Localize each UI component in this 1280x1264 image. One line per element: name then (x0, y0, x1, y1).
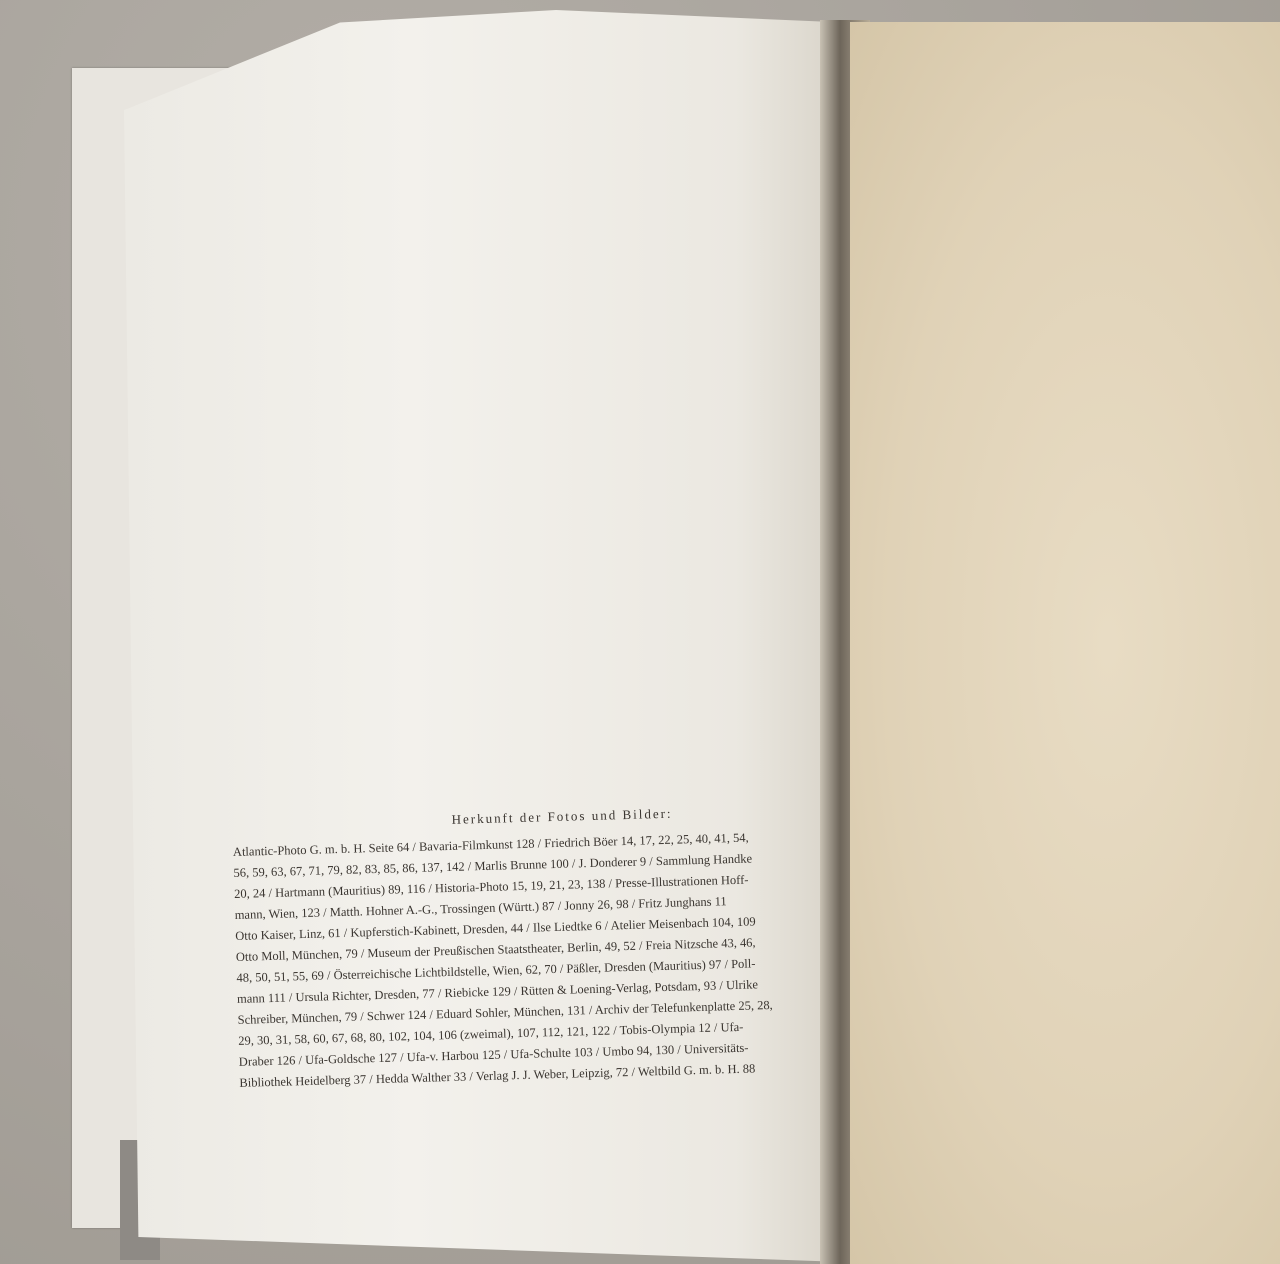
right-page (850, 22, 1280, 1264)
photo-credits-block: Herkunft der Fotos und Bilder: Atlantic-… (232, 801, 839, 1094)
